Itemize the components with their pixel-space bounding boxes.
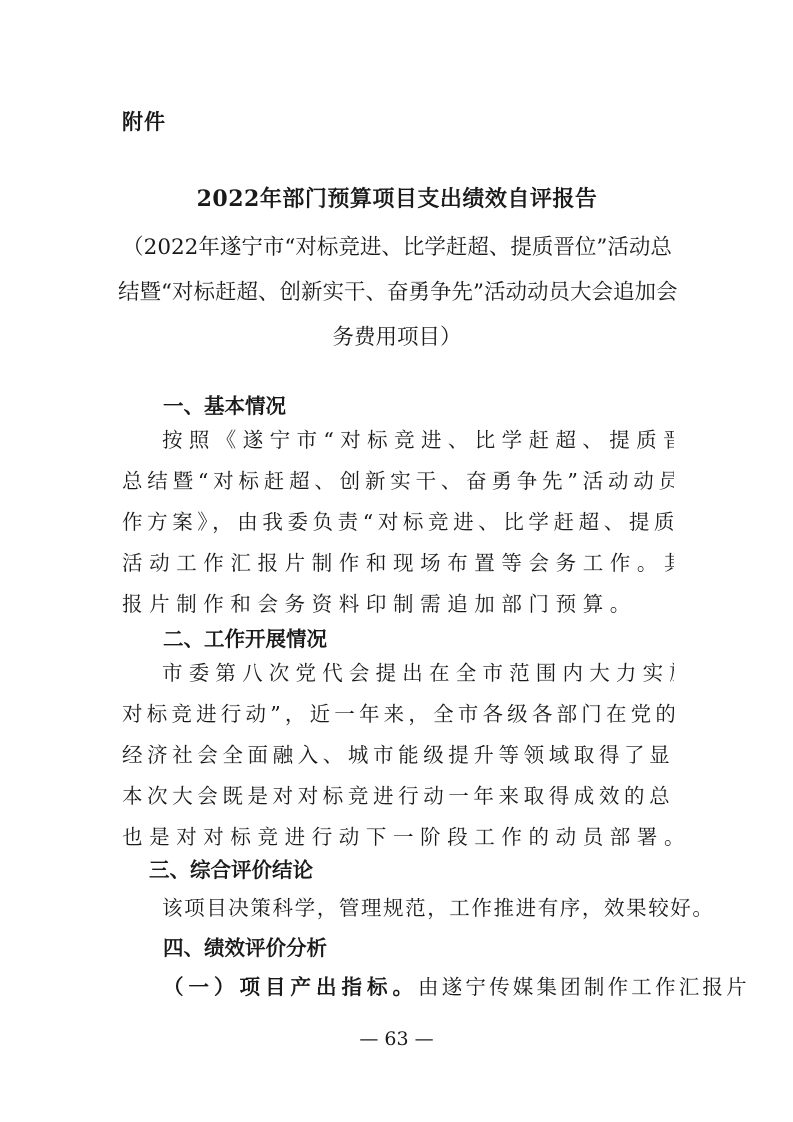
paragraph-line: 对标竞进行动”，近一年来，全市各级各部门在党的建设、: [122, 694, 674, 735]
subtitle-line: 务费用项目）: [118, 315, 676, 360]
subtitle-line: （2022年遂宁市“对标竞进、比学赶超、提质晋位”活动总: [118, 225, 676, 270]
paragraph-line: 市委第八次党代会提出在全市范围内大力实施“六大: [122, 653, 674, 694]
paragraph-line: 本次大会既是对对标竞进行动一年来取得成效的总结盘点，: [122, 776, 674, 817]
subsection-text: 由遂宁传媒集团制作工作汇报片: [418, 975, 750, 999]
section-heading-overall-conclusion: 三、综合评价结论: [149, 853, 313, 883]
paragraph-line: 也是对对标竞进行动下一阶段工作的动员部署。: [122, 817, 674, 858]
section-heading-performance-analysis: 四、绩效评价分析: [163, 931, 327, 961]
paragraph-line: 经济社会全面融入、城市能级提升等领域取得了显著成效。: [122, 735, 674, 776]
page-number: — 63 —: [0, 1028, 793, 1050]
paragraph-line: 总结暨“对标赶超、创新实干、奋勇争先”活动动员大会工: [122, 461, 674, 502]
attachment-label: 附件: [122, 106, 166, 136]
subtitle-line: 结暨“对标赶超、创新实干、奋勇争先”活动动员大会追加会: [118, 270, 676, 315]
report-subtitle: （2022年遂宁市“对标竞进、比学赶超、提质晋位”活动总 结暨“对标赶超、创新实…: [118, 225, 676, 360]
report-title: 2022年部门预算项目支出绩效自评报告: [122, 182, 672, 213]
subsection-output-indicators: （一）项目产出指标。由遂宁传媒集团制作工作汇报片: [163, 970, 750, 1000]
section-heading-work-progress: 二、工作开展情况: [163, 622, 327, 652]
conclusion-text: 该项目决策科学，管理规范，工作推进有序，效果较好。: [162, 891, 715, 921]
paragraph-line: 作方案》，由我委负责“对标竞进、比学赶超、提质晋位”: [122, 502, 674, 543]
section-paragraph-work-progress: 市委第八次党代会提出在全市范围内大力实施“六大 对标竞进行动”，近一年来，全市各…: [122, 653, 674, 858]
paragraph-line: 报片制作和会务资料印制需追加部门预算。: [122, 584, 674, 625]
section-paragraph-basic-info: 按照《遂宁市“对标竞进、比学赶超、提质晋位”活动 总结暨“对标赶超、创新实干、奋…: [122, 420, 674, 625]
paragraph-line: 活动工作汇报片制作和现场布置等会务工作。其中，工作汇: [122, 543, 674, 584]
subsection-lead: （一）项目产出指标。: [163, 975, 418, 999]
paragraph-line: 按照《遂宁市“对标竞进、比学赶超、提质晋位”活动: [122, 420, 674, 461]
section-heading-basic-info: 一、基本情况: [163, 389, 286, 419]
document-page: 附件 2022年部门预算项目支出绩效自评报告 （2022年遂宁市“对标竞进、比学…: [0, 0, 793, 1122]
